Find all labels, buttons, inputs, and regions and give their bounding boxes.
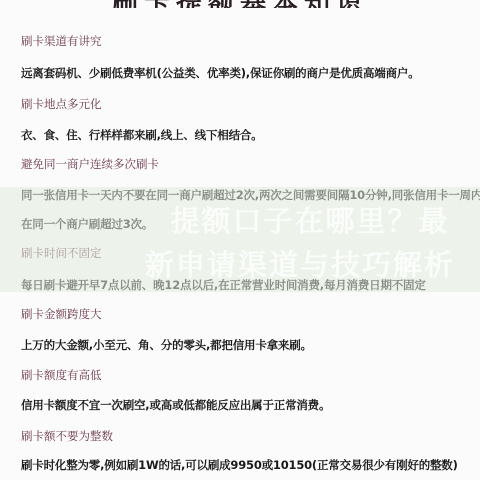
section-body: 刷卡时化整为零,例如刷1W的话,可以刷成9950或10150(正常交易很少有刚好…: [21, 457, 480, 473]
section-body: 衣、食、住、行样样都来刷,线上、线下相结合。: [21, 127, 480, 143]
section-heading: 刷卡地点多元化: [21, 96, 480, 112]
watermark-line-1: 提额口子在哪里？最: [70, 199, 480, 240]
watermark-line-2: 新申请渠道与技巧解析: [60, 243, 480, 284]
section-heading: 刷卡渠道有讲究: [21, 33, 480, 49]
section-body: 上万的大金额,小至元、角、分的零头,都把信用卡拿来刷。: [21, 337, 480, 353]
section-heading: 刷卡额不要为整数: [21, 428, 480, 444]
section-body: 信用卡额度不宜一次刷空,或高或低都能反应出属于正常消费。: [21, 397, 480, 413]
section-body: 远离套码机、少刷低费率机(公益类、优率类),保证你刷的商户是优质高端商户。: [21, 65, 480, 81]
section-heading: 避免同一商户连续多次刷卡: [21, 156, 480, 172]
document-title: 刷卡提额基本知识: [0, 0, 480, 8]
section-heading: 刷卡额度有高低: [21, 367, 480, 383]
section-heading: 刷卡金额跨度大: [21, 306, 480, 322]
watermark-overlay: 提额口子在哪里？最 新申请渠道与技巧解析: [0, 187, 480, 292]
